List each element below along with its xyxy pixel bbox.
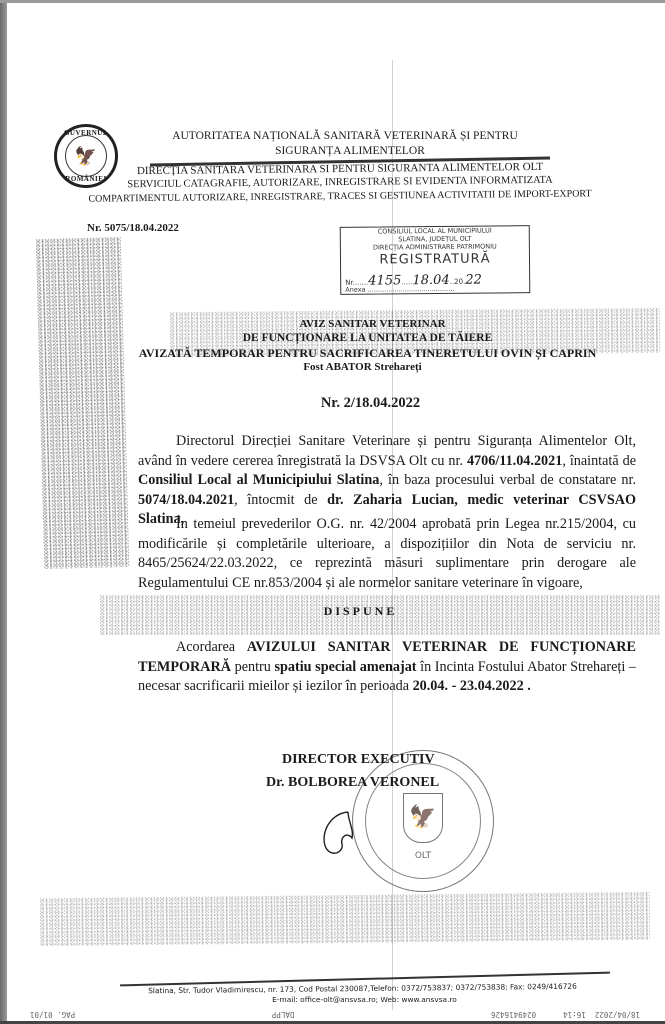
paragraph-legal-basis: În temeiul prevederilor O.G. nr. 42/2004…	[138, 515, 636, 593]
scan-top-edge	[0, 0, 665, 3]
title-line2: DE FUNCȚIONARE LA UNITATEA DE TĂIERE	[35, 332, 665, 344]
document-number: Nr. 5075/18.04.2022	[87, 222, 179, 234]
stamp-annex-row: Anexa ..................................…	[345, 285, 454, 294]
title-line3: AVIZATĂ TEMPORAR PENTRU SACRIFICAREA TIN…	[35, 346, 665, 361]
dispune-heading: DISPUNE	[28, 604, 665, 619]
permit-number: Nr. 2/18.04.2022	[38, 395, 665, 412]
header-authority-line1: AUTORITATEA NAȚIONALĂ SANITARĂ VETERINAR…	[135, 130, 555, 142]
fax-page: PAG. 01/01	[30, 1010, 75, 1019]
fax-date: 18/04/2022 16:14 0249416426	[491, 1010, 640, 1019]
stamp-year-prefix: 20	[454, 278, 463, 286]
title-line1: AVIZ SANITAR VETERINAR	[40, 318, 665, 330]
stamp-title: REGISTRATURĂ	[341, 251, 529, 268]
fax-sender: DALPP	[272, 1010, 295, 1019]
registry-stamp: CONSILIUL LOCAL AL MUNICIPIULUI SLATINA,…	[340, 225, 531, 295]
header-department: COMPARTIMENTUL AUTORIZARE, INREGISTRARE,…	[40, 188, 640, 205]
title-location: Fost ABATOR Strehareți	[30, 361, 665, 373]
fax-transmission-header: 18/04/2022 16:14 0249416426 DALPP PAG. 0…	[30, 1010, 640, 1019]
stamp-annex-label: Anexa	[345, 286, 365, 294]
stamp-line3: DIRECȚIA ADMINISTRARE PATRIMONIU	[341, 242, 529, 252]
signatory-name: Dr. BOLBOREA VERONEL	[266, 775, 439, 791]
coat-of-arms-icon: 🦅	[403, 793, 443, 843]
footer-contact: E-mail: office-olt@ansvsa.ro; Web: www.a…	[32, 995, 665, 1004]
handwritten-signature-icon	[318, 808, 366, 860]
official-round-seal: 🦅 OLT	[352, 750, 494, 892]
scan-left-edge	[0, 0, 7, 1024]
coat-of-arms-icon: 🦅	[75, 147, 97, 165]
header-authority-line2: SIGURANȚA ALIMENTELOR	[140, 145, 560, 157]
signatory-role: DIRECTOR EXECUTIV	[282, 752, 435, 768]
paragraph-decision: Acordarea AVIZULUI SANITAR VETERINAR DE …	[138, 638, 636, 697]
seal-county: OLT	[353, 851, 493, 861]
scan-noise	[40, 892, 650, 946]
stamp-year-value: 22	[465, 273, 482, 288]
government-seal-logo: GUVERNUL 🦅 ROMÂNIEI	[54, 124, 118, 188]
logo-text-top: GUVERNUL	[57, 129, 115, 137]
